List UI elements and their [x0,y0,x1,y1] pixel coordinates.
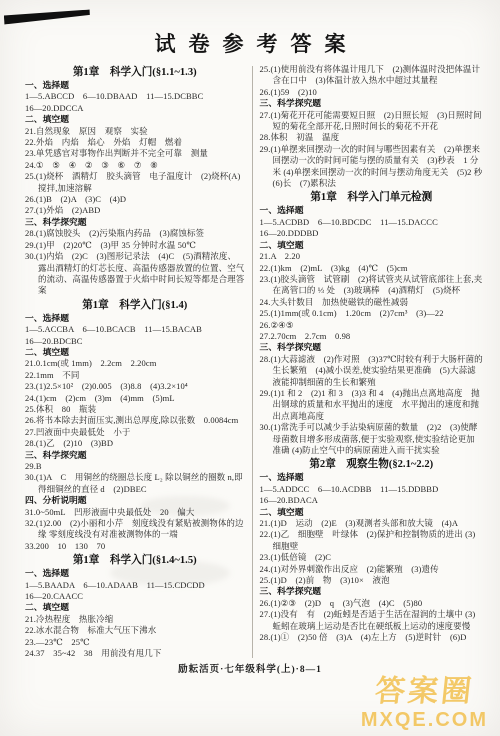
chapter-heading: 第1章 科学入门(§1.4) [25,299,245,312]
section-heading: 二、填空题 [25,602,245,613]
answer-line: 28.(1)大蒜滤液 (2)作对照 (3)37℃时较有利于大肠杆菌的生长繁殖 (… [260,354,483,388]
watermark: 答案圈 MXQE.COM [361,677,488,730]
section-heading: 二、填空题 [25,114,245,125]
scan-artifact-mark-icon [4,10,90,25]
answer-circle-watermark-logo: 答案圈 [359,677,489,707]
answer-line: 25.体积 80 瓶装 [25,404,245,415]
answer-line: 28.体积 初温 温度 [260,132,483,143]
section-heading: 三、科学探究题 [260,98,483,109]
answer-line: 27.(1)没有 有 (2)蚯蚓是否适于生活在湿润的土壤中 (3)蚯蚓在玻璃上运… [260,609,483,632]
answer-line: 21.(1)D 运动 (2)E (3)观测者头部和放大镜 (4)A [260,518,483,529]
answer-line: 24.(1)cm (2)cm (3)m (4)mm (5)mL [25,393,245,404]
answer-line: 22.冰水混合物 标准大气压下沸水 [25,625,245,636]
answer-line: 1—5.ABCCD 6—10.DBAAD 11—15.DCBBC [25,91,245,102]
section-heading: 四、分析说明题 [25,495,245,506]
answer-line: 26.将书本除去封面压实,测出总厚度,除以张数 0.0084cm [25,415,245,426]
answer-line: 28.(1)腐蚀胶头 (2)污染瓶内药品 (3)腐蚀标签 [25,228,245,239]
answer-line: 30.(1)内焰 (2)C (3)图形记录法 (4)C (5)酒精浓度、露出酒精… [25,251,245,297]
answer-line: 16—20.CAACC [25,591,245,602]
section-heading: 二、填空题 [25,347,245,358]
answer-line: 27.(1)外焰 (2)ABD [25,205,245,216]
answer-line: 23.(1)低倍镜 (2)C [260,552,483,563]
answer-line: 22.(1)km (2)mL (3)kg (4)℃ (5)cm [260,263,483,274]
answer-line: 21.冷热程度 热胀冷缩 [25,614,245,625]
answer-line: 16—20.DDDBD [260,228,483,239]
answer-line: 21.0.1cm(或 1mm) 2.2cm 2.20cm [25,358,245,369]
answer-line: 22.1mm 不同 [25,370,245,381]
section-heading: 二、填空题 [260,240,483,251]
footer-book-label: 励耘活页·七年级科学(上)·8—1 [0,661,500,675]
page-title: 试卷参考答案 [0,28,500,58]
answer-line: 16—20.BDACA [260,495,483,506]
answer-line: 29.(1)1 和 2 (2)1 和 3 (3)3 和 4 (4)抛出点离地高度… [260,388,483,422]
answer-line: 30.(1)常洗手可以减少手沾染病原菌的数量 (2)2 (3)使酵母菌数目增多形… [260,422,483,456]
answer-columns: 第1章 科学入门(§1.1~1.3)一、选择题1—5.ABCCD 6—10.DB… [25,64,483,660]
answer-line: 27.凹液面中央最低处 小于 [25,427,245,438]
section-heading: 三、科学探究题 [25,217,245,228]
section-heading: 三、科学探究题 [260,586,483,597]
answer-line: 29.B [25,461,245,472]
answer-line: 30.(1)A C 用铜丝的绕圈总长度 L₂ 除以铜丝的圈数 n,即得细铜丝的直… [25,472,245,495]
answer-line: 1—5.BAADA 6—10.ADAAB 11—15.CDCDD [25,580,245,591]
answer-line: 23.单凭感官对事物作出判断并不完全可靠 测量 [25,148,245,159]
section-heading: 二、填空题 [260,507,483,518]
answer-line: 24.(1)对外界刺激作出反应 (2)能繁殖 (3)遗传 [260,564,483,575]
answer-line: 26.(1)②③ (2)D q (3)气泡 (4)C (5)80 [260,598,483,609]
section-heading: 一、选择题 [25,568,245,579]
chapter-heading: 第1章 科学入门(§1.1~1.3) [25,66,245,79]
chapter-heading: 第2章 观察生物(§2.1~2.2) [260,458,483,471]
answer-line: 29.(1)甲 (2)20℃ (3)甲 35 分钟时水温 50℃ [25,240,245,251]
answer-line: 32.(1)2.00 (2)小丽和小芹 刻度线没有紧贴被测物体的边缘 零刻度线没… [25,518,245,541]
answer-line: 31.0~50mL 凹形液面中央最低处 20 偏大 [25,507,245,518]
answer-line: 16—20.DDCCA [25,103,245,114]
answer-line: 1—5.ACDBD 6—10.BDCDC 11—15.DACCC [260,217,483,228]
answer-line: 25.(1)使用前没有将体温计甩几下 (2)测体温时没把体温计含在口中 (3)体… [260,64,483,87]
answer-line: 1—5.ADDCC 6—10.ACDBB 11—15.DDBBD [260,484,483,495]
answer-line: 28.(1)乙 (2)10 (3)BD [25,438,245,449]
answer-line: 33.200 10 130 70 [25,541,245,552]
answer-line: 26.(1)B (2)A (3)C (4)D [25,194,245,205]
answer-line: 25.(1)烧杯 酒精灯 胶头滴管 电子温度计 (2)烧杯(A) 搅拌,加速溶解 [25,171,245,194]
section-heading: 一、选择题 [25,313,245,324]
section-heading: 三、科学探究题 [25,450,245,461]
answer-line: 23.(1)胶头滴管 试管刷 (2)将试管夹从试管底部往上套,夹在离管口的 ⅓ … [260,274,483,297]
answer-line: 27.(1)菊花开花可能需要短日照 (2)日照长短 (3)日照时间短的菊花全部开… [260,110,483,133]
answer-line: 26.②④⑤ [260,320,483,331]
answer-line: 24.① ⑤ ④ ② ③ ⑥ ⑦ ⑧ [25,160,245,171]
answer-line: 16—20.BDCBC [25,336,245,347]
answer-line: 23.—23℃ 25℃ [25,637,245,648]
chapter-heading: 第1章 科学入门单元检测 [260,191,483,204]
section-heading: 一、选择题 [260,472,483,483]
answer-line: 29.(1)单摆来回摆动一次的时间与哪些因素有关 (2)单摆来回摆动一次的时间可… [260,144,483,190]
left-column: 第1章 科学入门(§1.1~1.3)一、选择题1—5.ABCCD 6—10.DB… [25,64,245,660]
chapter-heading: 第1章 科学入门(§1.4~1.5) [25,554,245,567]
answer-line: 1—5.ACCBA 6—10.BCACB 11—15.BACAB [25,324,245,335]
answer-line: 22.外焰 内焰 焰心 外焰 灯帽 燃着 [25,137,245,148]
answer-line: 21.自然现象 原因 观察 实验 [25,126,245,137]
answer-line: 24.大头针数目 加热使磁铁的磁性减弱 [260,297,483,308]
answer-line: 24.37 35~42 38 用前没有甩几下 [25,648,245,659]
answer-line: 21.A 2.20 [260,251,483,262]
answer-line: 26.(1)59 (2)10 [260,87,483,98]
answer-line: 22.(1)乙 细胞壁 叶绿体 (2)保护和控制物质的进出 (3)细胞壁 [260,529,483,552]
answer-line: 28.(1)① (2)50 倍 (3)A (4)左上方 (5)逆时针 (6)D [260,632,483,643]
scanned-answer-page: 试卷参考答案 第1章 科学入门(§1.1~1.3)一、选择题1—5.ABCCD … [0,0,500,736]
section-heading: 三、科学探究题 [260,342,483,353]
answer-line: 25.(1)D (2)前 物 (3)10× 液泡 [260,575,483,586]
right-column: 25.(1)使用前没有将体温计甩几下 (2)测体温时没把体温计含在口中 (3)体… [260,64,483,660]
answer-line: 27.2.70cm 2.7cm 0.98 [260,331,483,342]
answer-line: 23.(1)2.5×10² (2)0.005 (3)8.8 (4)3.2×10⁴ [25,381,245,392]
watermark-site-text: MXQE.COM [361,710,488,730]
answer-line: 25.(1)1mm(或 0.1cm) 1.20cm (2)7cm³ (3)—22 [260,308,483,319]
section-heading: 一、选择题 [25,80,245,91]
section-heading: 一、选择题 [260,205,483,216]
